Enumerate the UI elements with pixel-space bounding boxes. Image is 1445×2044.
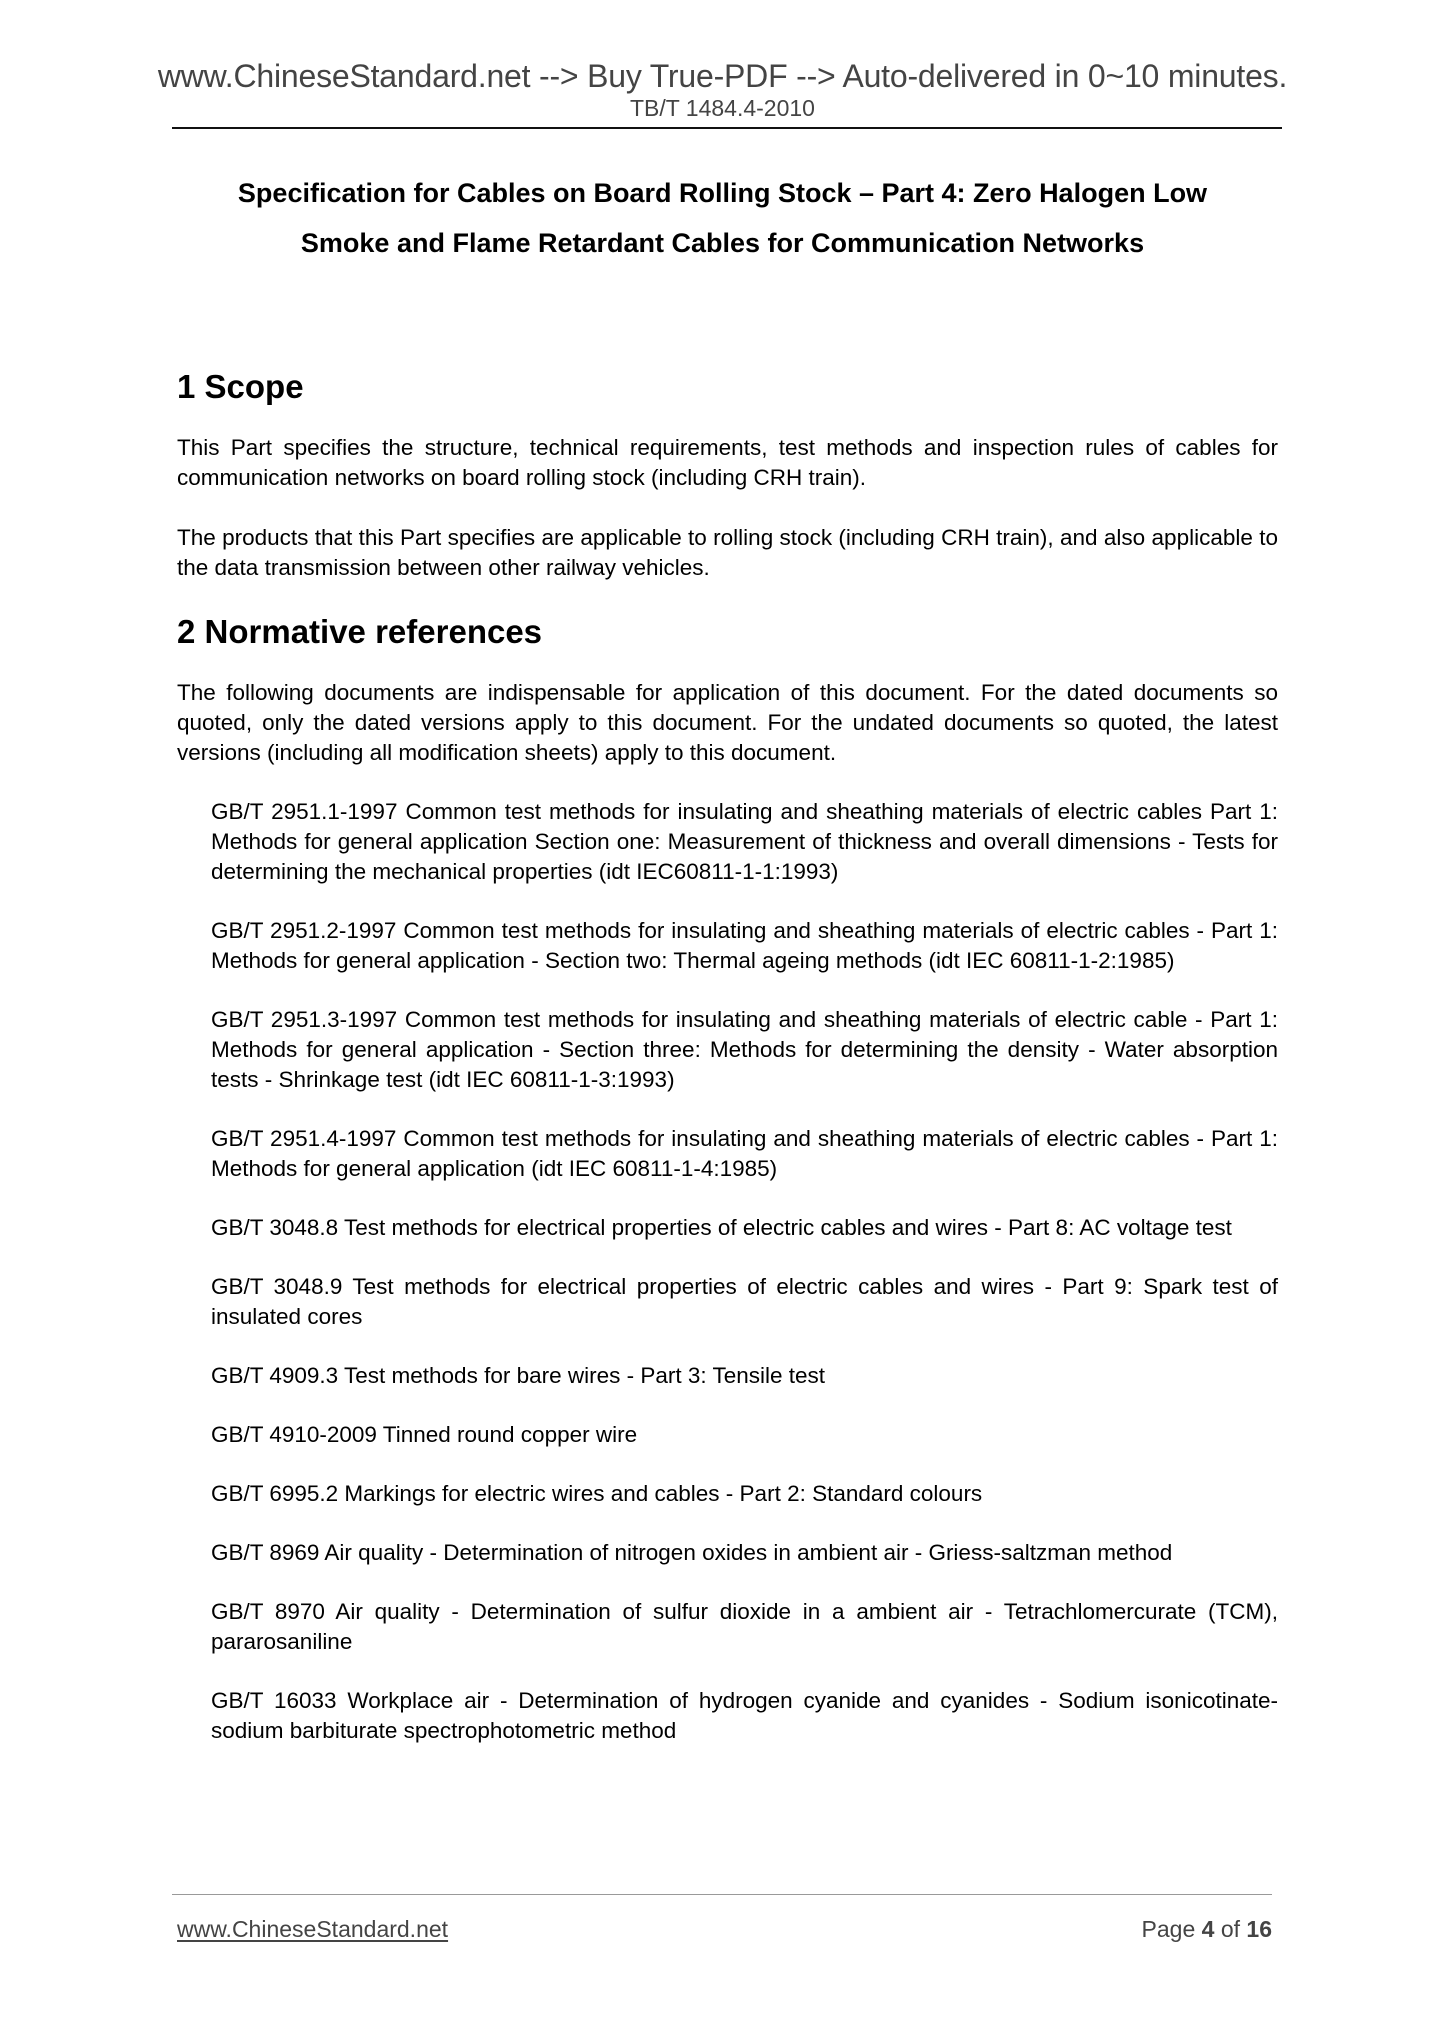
section-heading-scope: 1 Scope <box>177 367 304 407</box>
normative-intro: The following documents are indispensabl… <box>177 678 1278 768</box>
section-heading-normative-references: 2 Normative references <box>177 612 542 652</box>
reference-item: GB/T 8969 Air quality - Determination of… <box>211 1538 1278 1568</box>
reference-item: GB/T 4909.3 Test methods for bare wires … <box>211 1361 1278 1391</box>
reference-item: GB/T 2951.4-1997 Common test methods for… <box>211 1124 1278 1184</box>
reference-item: GB/T 2951.2-1997 Common test methods for… <box>211 916 1278 976</box>
document-title: Specification for Cables on Board Rollin… <box>150 168 1295 268</box>
reference-item: GB/T 2951.1-1997 Common test methods for… <box>211 797 1278 887</box>
footer-divider <box>172 1894 1272 1895</box>
header-divider <box>172 127 1282 129</box>
scope-paragraph-2: The products that this Part specifies ar… <box>177 523 1278 583</box>
standard-code: TB/T 1484.4-2010 <box>0 95 1445 121</box>
reference-item: GB/T 4910-2009 Tinned round copper wire <box>211 1420 1278 1450</box>
page-number: Page 4 of 16 <box>1142 1916 1272 1943</box>
scope-paragraph-1: This Part specifies the structure, techn… <box>177 433 1278 493</box>
page-current: 4 <box>1202 1916 1215 1942</box>
header-banner: www.ChineseStandard.net --> Buy True-PDF… <box>0 58 1445 94</box>
reference-item: GB/T 16033 Workplace air - Determination… <box>211 1686 1278 1746</box>
page-prefix: Page <box>1142 1916 1196 1942</box>
page-of: of <box>1221 1916 1240 1942</box>
reference-item: GB/T 3048.8 Test methods for electrical … <box>211 1213 1278 1243</box>
footer-website-link[interactable]: www.ChineseStandard.net <box>177 1916 448 1943</box>
title-line-1: Specification for Cables on Board Rollin… <box>150 168 1295 218</box>
title-line-2: Smoke and Flame Retardant Cables for Com… <box>150 218 1295 268</box>
page-total: 16 <box>1246 1916 1272 1942</box>
reference-item: GB/T 6995.2 Markings for electric wires … <box>211 1479 1278 1509</box>
reference-item: GB/T 8970 Air quality - Determination of… <box>211 1597 1278 1657</box>
reference-list: GB/T 2951.1-1997 Common test methods for… <box>211 797 1278 1775</box>
reference-item: GB/T 3048.9 Test methods for electrical … <box>211 1272 1278 1332</box>
reference-item: GB/T 2951.3-1997 Common test methods for… <box>211 1005 1278 1095</box>
